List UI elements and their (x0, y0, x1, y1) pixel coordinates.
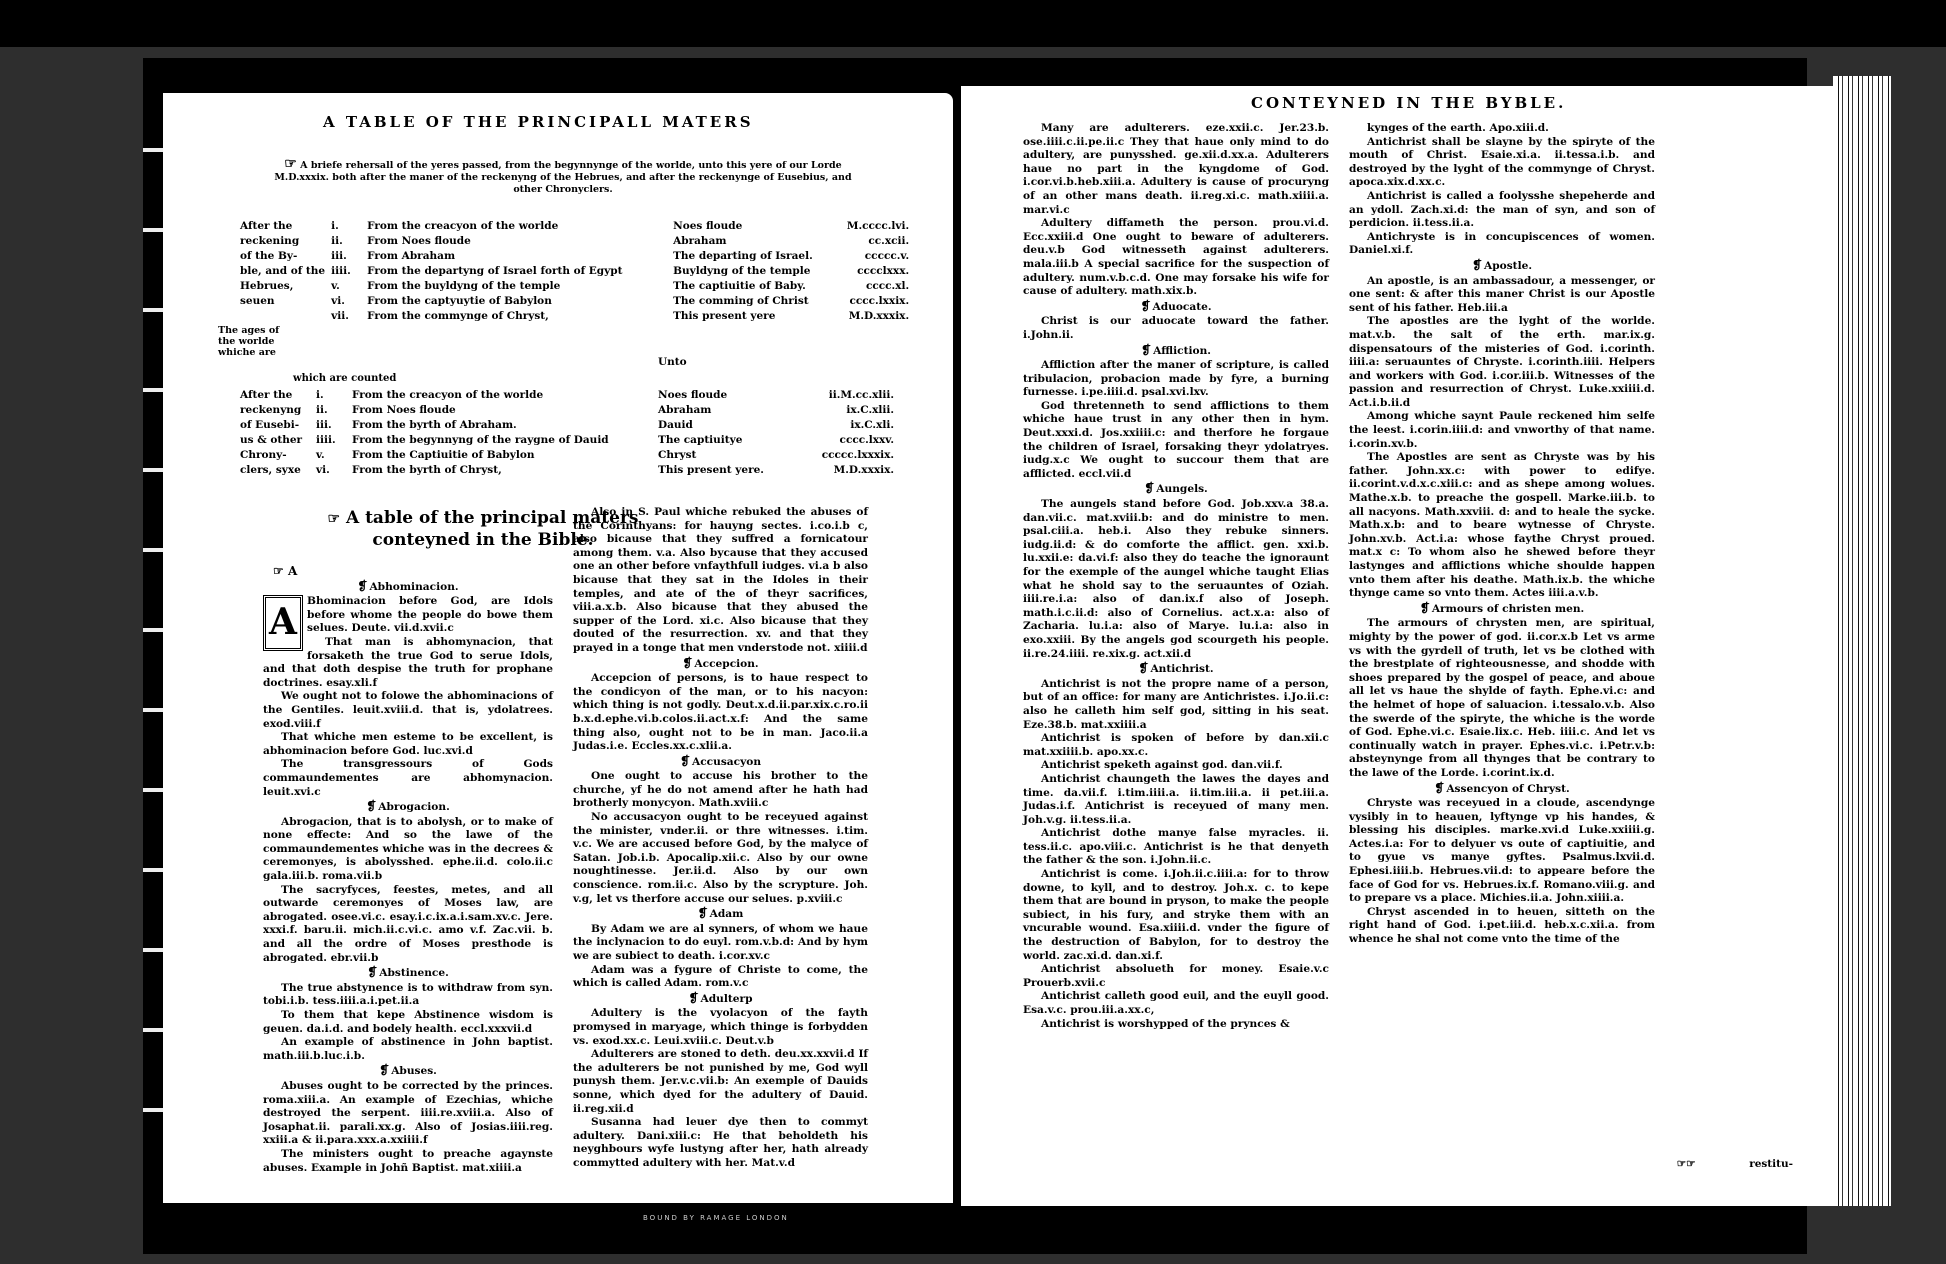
book-cover-edge (143, 118, 165, 1168)
row-label: us & other (240, 434, 314, 447)
entry-paragraph: Adulterers are stoned to deth. deu.xx.xx… (573, 1048, 868, 1116)
row-number: ii. (331, 235, 365, 248)
counted-label: which are counted (293, 373, 396, 384)
chronology-row: us & otheriiii.From the begynnyng of the… (240, 434, 898, 447)
chronology-row: After thei.From the creacyon of the worl… (240, 220, 913, 233)
row-number: iiii. (316, 434, 350, 447)
row-number: vi. (331, 295, 365, 308)
entry-heading: Antichrist. (1023, 662, 1329, 677)
entry-heading: Abstinence. (263, 966, 553, 981)
entry-paragraph: Antichrist dothe manye false myracles. i… (1023, 827, 1329, 868)
entry-paragraph: Abrogacion, that is to abolysh, or to ma… (263, 816, 553, 884)
catchword: ☞☞ restitu- (1677, 1158, 1793, 1170)
entry-paragraph: Antichrist is spoken of before by dan.xi… (1023, 732, 1329, 759)
entry-paragraph: Chryste was receyued in a cloude, ascend… (1349, 797, 1655, 906)
chronology-row: After thei.From the creacyon of the worl… (240, 389, 898, 402)
row-label: Hebrues, (240, 280, 329, 293)
row-from: From Noes floude (367, 235, 671, 248)
entry-paragraph: The sacryfyces, feestes, metes, and all … (263, 884, 553, 966)
right-page: CONTEYNED IN THE BYBLE. Many are adulter… (961, 86, 1833, 1206)
entry-heading: Affliction. (1023, 344, 1329, 359)
entry-paragraph: Antichrist chaungeth the lawes the dayes… (1023, 773, 1329, 827)
row-years: cccc.lxxv. (814, 434, 898, 447)
entry-paragraph: The ministers ought to preache agaynste … (263, 1148, 553, 1175)
entry-paragraph: To them that kepe Abstinence wisdom is g… (263, 1009, 553, 1036)
chronology-intro: ☞ A briefe rehersall of the yeres passed… (273, 158, 853, 196)
entry-paragraph: Antichryste is in concupiscences of wome… (1349, 231, 1655, 258)
row-years: ix.C.xlii. (814, 404, 898, 417)
entry-paragraph: God thretenneth to send afflictions to t… (1023, 400, 1329, 482)
row-to: This present yere (673, 310, 827, 323)
row-number: v. (316, 449, 350, 462)
pointing-hand-icon: ☞ (327, 511, 340, 527)
entry-paragraph: Chryst ascended in to heuen, sitteth on … (1349, 906, 1655, 947)
row-number: v. (331, 280, 365, 293)
entry-heading: Apostle. (1349, 259, 1655, 274)
entry-heading: Adam (573, 907, 868, 922)
row-number: i. (331, 220, 365, 233)
pointing-hand-icon: ☞ (284, 156, 297, 172)
ages-side-label: The ages of the worlde whiche are (218, 325, 288, 358)
entry-paragraph: Antichrist is come. i.Joh.ii.c.iiii.a: f… (1023, 868, 1329, 963)
decorated-initial: A (263, 595, 303, 651)
chronology-row: ble, and of theiiii.From the departyng o… (240, 265, 913, 278)
entry-paragraph: An example of abstinence in John baptist… (263, 1036, 553, 1063)
entry-paragraph: Christ is our aduocate toward the father… (1023, 315, 1329, 342)
chronology-row: seuenvi.From the captyuytie of BabylonTh… (240, 295, 913, 308)
entry-paragraph: Adam was a fygure of Christe to come, th… (573, 964, 868, 991)
entry-paragraph: kynges of the earth. Apo.xiii.d. (1349, 122, 1655, 136)
entry-paragraph: Antichrist absolueth for money. Esaie.v.… (1023, 963, 1329, 990)
row-to: Dauid (658, 419, 812, 432)
row-from: From the byrth of Chryst, (352, 464, 656, 477)
left-column-2: Also in S. Paul whiche rebuked the abuse… (573, 506, 868, 1171)
row-label: After the (240, 220, 329, 233)
row-label: clers, syxe (240, 464, 314, 477)
row-label: of the By- (240, 250, 329, 263)
left-column-1: ☞ A Abhominacion.ABhominacion before God… (263, 565, 553, 1175)
row-to: Noes floude (673, 220, 827, 233)
entry-paragraph: Adultery diffameth the person. prou.vi.d… (1023, 217, 1329, 299)
running-head-right: CONTEYNED IN THE BYBLE. (1251, 94, 1566, 112)
row-from: From Abraham (367, 250, 671, 263)
chronology-row: reckeningii.From Noes floudeAbrahamcc.xc… (240, 235, 913, 248)
entry-paragraph: Antichrist speketh against god. dan.vii.… (1023, 759, 1329, 773)
chronology-row: clers, syxevi.From the byrth of Chryst,T… (240, 464, 898, 477)
entry-heading: Abuses. (263, 1064, 553, 1079)
row-from: From the departyng of Israel forth of Eg… (367, 265, 671, 278)
chronology-row: vii.From the commynge of Chryst,This pre… (240, 310, 913, 323)
row-to: Noes floude (658, 389, 812, 402)
row-from: From the creacyon of the worlde (367, 220, 671, 233)
entry-paragraph: Susanna had leuer dye then to commyt adu… (573, 1116, 868, 1170)
running-head-left: A TABLE OF THE PRINCIPALL MATERS (323, 113, 754, 131)
entry-paragraph: The aungels stand before God. Job.xxv.a … (1023, 498, 1329, 661)
entry-paragraph: The apostles are the lyght of the worlde… (1349, 315, 1655, 410)
row-number: i. (316, 389, 350, 402)
row-label: After the (240, 389, 314, 402)
entry-paragraph: By Adam we are al synners, of whom we ha… (573, 923, 868, 964)
letter-marker: ☞ A (273, 565, 553, 579)
entry-paragraph: ABhominacion before God, are Idols befor… (263, 595, 553, 636)
row-years: M.D.xxxix. (829, 310, 913, 323)
binder-imprint: BOUND BY RAMAGE LONDON (643, 1214, 789, 1222)
entry-heading: Armours of christen men. (1349, 602, 1655, 617)
entry-paragraph: The true abstynence is to withdraw from … (263, 982, 553, 1009)
entry-paragraph: That whiche men esteme to be excellent, … (263, 731, 553, 758)
row-years: ccccc.lxxxix. (814, 449, 898, 462)
entry-paragraph: Accepcion of persons, is to haue respect… (573, 672, 868, 754)
chronology-row: Hebrues,v.From the buyldyng of the templ… (240, 280, 913, 293)
row-years: ccccc.v. (829, 250, 913, 263)
entry-paragraph: Among whiche saynt Paule reckened him se… (1349, 410, 1655, 451)
entry-paragraph: The Apostles are sent as Chryste was by … (1349, 451, 1655, 601)
row-to: Abraham (673, 235, 827, 248)
row-number: vi. (316, 464, 350, 477)
row-to: The comming of Christ (673, 295, 827, 308)
entry-paragraph: No accusacyon ought to be receyued again… (573, 811, 868, 906)
entry-paragraph: Antichrist is called a foolysshe shepehe… (1349, 190, 1655, 231)
entry-heading: Aungels. (1023, 482, 1329, 497)
row-years: M.cccc.lvi. (829, 220, 913, 233)
entry-paragraph: An apostle, is an ambassadour, a messeng… (1349, 275, 1655, 316)
row-to: The captiuitye (658, 434, 812, 447)
entry-paragraph: The transgressours of Gods commaundement… (263, 758, 553, 799)
left-page: A TABLE OF THE PRINCIPALL MATERS ☞ A bri… (163, 93, 953, 1203)
row-years: M.D.xxxix. (814, 464, 898, 477)
row-from: From the commynge of Chryst, (367, 310, 671, 323)
pointing-hand-icon: ☞ (273, 564, 284, 578)
entry-heading: Accepcion. (573, 657, 868, 672)
page-edges (1833, 76, 1891, 1206)
chronology-row: reckenyngii.From Noes floudeAbrahamix.C.… (240, 404, 898, 417)
row-label (240, 310, 329, 323)
row-to: Chryst (658, 449, 812, 462)
chronology-table-eusebius: After thei.From the creacyon of the worl… (238, 387, 900, 479)
entry-paragraph: Antichrist shall be slayne by the spiryt… (1349, 136, 1655, 190)
row-years: cccc.lxxix. (829, 295, 913, 308)
row-from: From the creacyon of the worlde (352, 389, 656, 402)
entry-heading: Abrogacion. (263, 800, 553, 815)
row-years: cccc.xl. (829, 280, 913, 293)
entry-paragraph: That man is abhomynacion, that forsaketh… (263, 636, 553, 690)
row-number: vii. (331, 310, 365, 323)
scan-bottom-strip: BOUND BY RAMAGE LONDON (143, 1208, 1807, 1254)
entry-paragraph: Affliction after the maner of scripture,… (1023, 359, 1329, 400)
row-years: cccclxxx. (829, 265, 913, 278)
row-number: ii. (316, 404, 350, 417)
row-to: The captiuitie of Baby. (673, 280, 827, 293)
row-from: From Noes floude (352, 404, 656, 417)
chronology-table-hebrews: After thei.From the creacyon of the worl… (238, 218, 915, 325)
row-from: From the Captiuitie of Babylon (352, 449, 656, 462)
entry-paragraph: Antichrist calleth good euil, and the eu… (1023, 990, 1329, 1017)
row-to: Buyldyng of the temple (673, 265, 827, 278)
row-from: From the begynnyng of the raygne of Daui… (352, 434, 656, 447)
row-label: reckening (240, 235, 329, 248)
row-number: iiii. (331, 265, 365, 278)
entry-paragraph: Also in S. Paul whiche rebuked the abuse… (573, 506, 868, 656)
row-to: The departing of Israel. (673, 250, 827, 263)
entry-paragraph: One ought to accuse his brother to the c… (573, 770, 868, 811)
row-from: From the byrth of Abraham. (352, 419, 656, 432)
row-years: ix.C.xli. (814, 419, 898, 432)
row-label: seuen (240, 295, 329, 308)
row-number: iii. (331, 250, 365, 263)
entry-heading: Adulterp (573, 992, 868, 1007)
row-number: iii. (316, 419, 350, 432)
chronology-row: of the By-iii.From AbrahamThe departing … (240, 250, 913, 263)
entry-paragraph: The armours of chrysten men, are spiritu… (1349, 617, 1655, 780)
row-years: ii.M.cc.xlii. (814, 389, 898, 402)
pointing-hand-icon: ☞☞ (1677, 1158, 1696, 1170)
row-years: cc.xcii. (829, 235, 913, 248)
row-from: From the captyuytie of Babylon (367, 295, 671, 308)
row-to: Abraham (658, 404, 812, 417)
entry-heading: Assencyon of Chryst. (1349, 782, 1655, 797)
window-top-bar (0, 0, 1946, 47)
right-column-2: kynges of the earth. Apo.xiii.d.Antichri… (1349, 122, 1655, 947)
row-label: ble, and of the (240, 265, 329, 278)
chronology-row: Chrony-v.From the Captiuitie of BabylonC… (240, 449, 898, 462)
row-label: reckenyng (240, 404, 314, 417)
unto-label: Unto (658, 356, 687, 368)
row-to: This present yere. (658, 464, 812, 477)
book-scan: A TABLE OF THE PRINCIPALL MATERS ☞ A bri… (143, 58, 1807, 1254)
right-column-1: Many are adulterers. eze.xxii.c. Jer.23.… (1023, 122, 1329, 1031)
entry-paragraph: Antichrist is not the propre name of a p… (1023, 678, 1329, 732)
entry-heading: Accusacyon (573, 755, 868, 770)
entry-paragraph: Adultery is the vyolacyon of the fayth p… (573, 1007, 868, 1048)
row-label: of Eusebi- (240, 419, 314, 432)
entry-heading: Aduocate. (1023, 300, 1329, 315)
entry-paragraph: Antichrist is worshypped of the prynces … (1023, 1018, 1329, 1032)
intro-text: A briefe rehersall of the yeres passed, … (274, 160, 851, 195)
entry-paragraph: Many are adulterers. eze.xxii.c. Jer.23.… (1023, 122, 1329, 217)
row-label: Chrony- (240, 449, 314, 462)
entry-paragraph: Abuses ought to be corrected by the prin… (263, 1080, 553, 1148)
entry-paragraph: We ought not to folowe the abhominacions… (263, 690, 553, 731)
chronology-row: of Eusebi-iii.From the byrth of Abraham.… (240, 419, 898, 432)
row-from: From the buyldyng of the temple (367, 280, 671, 293)
entry-heading: Abhominacion. (263, 580, 553, 595)
